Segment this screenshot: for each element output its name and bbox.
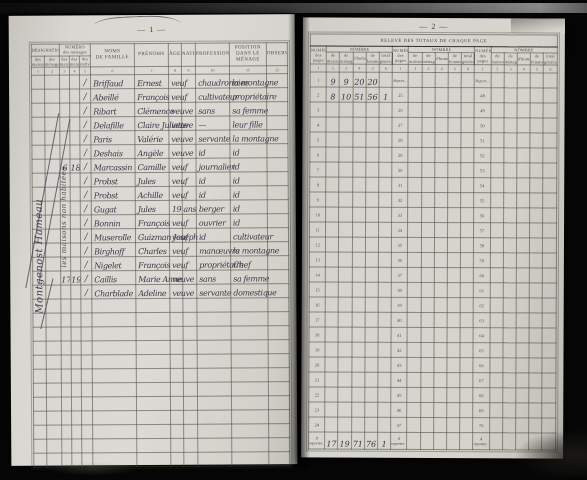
empty-cell [269,452,290,466]
count-cell [421,298,434,313]
column-number: 1 [392,64,408,72]
count-cell [517,118,530,133]
count-cell [325,387,338,402]
count-cell [543,223,557,238]
sub-column-header: d'hommes [517,53,530,65]
profession-cell: servante [197,284,231,298]
count-cell [503,313,516,328]
recap-row: 163962 [309,297,556,313]
age-cell: veuf [169,75,182,89]
count-cell [447,358,460,373]
count-cell [448,88,461,103]
empty-cell [136,355,170,369]
designation-maison-cell [32,90,45,104]
numero-menage-cell [71,243,81,257]
empty-cell [183,355,197,369]
count-cell [530,73,543,88]
empty-row [33,354,289,370]
count-cell [352,147,365,162]
age-cell: veuve [169,117,182,131]
count-cell [434,238,447,253]
count-cell [365,357,378,372]
firstname-cell: Guizman Joseph [135,229,169,243]
count-cell [326,207,339,222]
count-cell [460,283,473,298]
count-cell [517,208,530,223]
empty-cell [231,298,268,312]
column-number: 3 [504,65,517,73]
empty-cell [137,439,171,453]
count-cell [352,267,365,282]
count-cell [326,132,339,147]
count-cell [420,418,433,433]
count-cell [365,177,378,192]
empty-cell [93,439,137,453]
page-number-cell: 25 [392,87,408,102]
empty-cell [71,383,81,397]
surname-cell: Briffaud [91,75,135,89]
empty-cell [81,341,92,355]
count-cell [434,373,447,388]
empty-cell [232,410,269,424]
page-number-cell: Report… [474,73,490,88]
age-cell: veuve [169,103,182,117]
numero-menage-cell [70,89,80,103]
empty-cell [184,453,198,467]
empty-cell [33,398,46,412]
page-number-cell: 66 [473,358,489,373]
empty-cell [61,397,71,411]
count-cell [517,148,530,163]
page-number-cell: 60 [474,268,490,283]
empty-cell [170,355,183,369]
count-cell [530,238,543,253]
count-cell [379,132,392,147]
count-cell [517,178,530,193]
count-cell [542,373,556,388]
count-cell [352,192,365,207]
empty-cell [198,438,232,452]
firstname-cell: Adeline [136,285,170,299]
binding-gutter [288,14,310,466]
empty-cell [197,396,231,410]
numero-menage-cell [69,75,79,89]
count-cell [543,208,557,223]
count-cell [325,372,338,387]
surname-cell: Delafille [91,117,135,131]
firstname-cell: Jules [135,173,169,187]
empty-cell [61,341,71,355]
empty-cell [137,425,171,439]
page-number-cell: 15 [309,282,325,297]
count-cell [352,207,365,222]
count-cell [339,177,352,192]
page-number-cell: 35 [392,237,408,252]
count-cell [530,208,543,223]
empty-cell [171,411,184,425]
count-cell [529,268,542,283]
column-number: 2 [44,68,59,76]
position-cell: la montagne [230,74,267,88]
empty-cell [46,383,61,397]
ditto-tick-cell: ∕ [81,285,92,299]
count-cell [447,328,460,343]
count-cell [447,253,460,268]
empty-cell [46,300,61,314]
empty-cell [81,397,92,411]
carry-forward-total-cell: 19 [338,432,351,449]
firstname-cell: Jules [135,201,169,215]
sub-column-header: des maisons [59,56,69,68]
empty-cell [268,312,289,326]
count-cell [326,267,339,282]
sub-column-header: total général [461,53,474,65]
count-cell [517,133,530,148]
count-cell [516,298,529,313]
count-cell [339,102,352,117]
count-cell [448,133,461,148]
count-cell [490,268,503,283]
count-cell [379,177,392,192]
empty-cell [184,439,198,453]
empty-cell [170,383,183,397]
count-cell [434,178,447,193]
count-cell [408,312,421,327]
empty-cell [197,368,231,382]
column-number: 6 [461,65,474,73]
column-number: 4 [517,65,530,73]
page-number-cell: 50 [474,118,490,133]
count-cell [434,358,447,373]
count-cell [461,148,474,163]
count-cell [529,358,542,373]
count-cell [351,372,364,387]
count-cell [338,417,351,432]
page-number-cell: 46 [391,402,407,417]
count-cell [461,163,474,178]
count-cell [503,193,516,208]
count-cell [407,402,420,417]
page-number-cell: 57 [474,223,490,238]
count-cell [421,238,434,253]
page-number-cell: 26 [392,102,408,117]
page-number-cell: 39 [391,297,407,312]
empty-cell [72,411,82,425]
count-cell [447,223,460,238]
carry-forward-label: À reporter… [473,433,489,450]
profession-cell: journalier [196,158,230,172]
empty-cell [33,328,46,342]
count-cell [461,253,474,268]
numero-menage-cell: 19 [71,271,81,285]
count-cell [351,402,364,417]
count-cell [435,118,448,133]
empty-cell [81,355,92,369]
position-cell: id [230,172,267,186]
designation-menage-cell [46,244,61,258]
count-cell [434,388,447,403]
count-cell [352,237,365,252]
count-cell [407,327,420,342]
count-cell [420,388,433,403]
count-cell [434,283,447,298]
numero-maison-cell [60,89,70,103]
empty-cell [92,299,136,313]
empty-cell [47,439,62,453]
column-number: 2 [326,64,339,72]
numero-maison-cell [61,285,71,299]
numero-menage-cell [70,117,80,131]
count-cell [460,298,473,313]
column-header: OBSERVATIONS [266,43,287,67]
count-cell [434,253,447,268]
empty-cell [46,314,61,328]
ditto-tick-cell: ∕ [80,131,91,145]
page-number-cell: 24 [309,417,325,432]
count-cell: 9 [340,72,353,87]
empty-cell [268,340,289,354]
count-cell [516,358,529,373]
column-number: 5 [366,64,379,72]
empty-cell [136,327,170,341]
count-cell [517,193,530,208]
count-cell [364,417,377,432]
page-number-cell: 45 [391,387,407,402]
observations-cell [267,158,288,172]
count-cell [529,388,542,403]
numero-menage-cell [70,103,80,117]
recap-row: 42750 [310,117,557,133]
count-cell [325,327,338,342]
count-cell [516,253,529,268]
empty-cell [197,340,231,354]
column-header: PRÉNOMS [134,43,168,67]
page-number-cell: 8 [310,177,326,192]
carry-forward-total-cell: 17 [325,432,338,449]
empty-cell [34,454,47,468]
page-number-cell: 62 [474,298,490,313]
ditto-tick-cell: ∕ [80,201,91,215]
page-number-cell: 27 [392,117,408,132]
census-entry-row: ∕GugatJules19 ansbergerid [32,200,288,216]
recap-row: 174063 [309,312,556,328]
count-cell [516,343,529,358]
page-number-cell: 17 [309,312,325,327]
surname-cell: Bonnin [91,215,135,229]
page-number-cell: 49 [474,103,490,118]
page-number-cell: 37 [391,267,407,282]
count-cell [516,223,529,238]
sub-column-header: de maisons [326,52,339,64]
count-cell [338,402,351,417]
count-cell [433,418,446,433]
count-cell [503,223,516,238]
empty-cell [61,355,71,369]
count-cell [491,73,504,88]
ditto-tick-cell: ∕ [80,89,91,103]
count-cell [529,373,542,388]
count-cell [420,373,433,388]
carry-forward-total-cell [420,433,433,450]
firstname-cell: François [135,89,169,103]
left-page-number: — 1 — [9,24,295,35]
column-number: 6 [544,65,558,73]
numero-maison-cell [59,75,69,89]
designation-menage-cell [45,216,60,230]
count-cell [407,417,420,432]
count-cell [543,298,557,313]
count-cell [543,268,557,283]
count-cell [366,132,379,147]
count-cell [408,192,421,207]
numero-menage-cell [70,215,80,229]
count-cell [516,373,529,388]
count-cell [339,132,352,147]
empty-cell [184,425,198,439]
profession-cell: servante [196,130,230,144]
count-cell [378,267,391,282]
age-cell: veuve [169,131,182,145]
count-cell [378,357,391,372]
count-cell [502,418,515,433]
empty-cell [231,312,268,326]
count-cell [530,118,543,133]
count-cell [448,163,461,178]
count-cell [407,372,420,387]
count-cell [530,223,543,238]
count-cell [460,388,473,403]
page-number-cell: 44 [391,372,407,387]
column-number: 3 [422,65,435,73]
count-cell [529,328,542,343]
count-cell [516,268,529,283]
page-number-cell: 40 [391,312,407,327]
firstname-cell: Angèle [135,145,169,159]
page-number-cell: 59 [474,253,490,268]
empty-cell [71,313,81,327]
page-number-cell: 67 [473,373,489,388]
profession-cell: id [196,172,230,186]
count-cell [339,252,352,267]
profession-cell: propriétaire [197,256,231,270]
count-cell [325,312,338,327]
empty-cell [268,354,289,368]
count-cell [460,373,473,388]
count-cell [378,387,391,402]
designation-menage-cell [46,258,61,272]
empty-cell [61,383,71,397]
count-cell [338,372,351,387]
column-header: PROFESSIONS [195,43,229,67]
census-entry-row: ∕BonninFrançoisveufouvrierid [32,214,288,230]
count-cell [529,403,542,418]
empty-cell [34,426,47,440]
count-cell [325,297,338,312]
count-cell [447,298,460,313]
position-cell: sa femme [231,270,268,284]
count-cell [503,328,516,343]
sub-column-header: de femmes [448,53,461,65]
count-cell [365,342,378,357]
count-cell [461,118,474,133]
count-cell [542,358,556,373]
column-number: 3 [340,64,353,72]
column-number: 3 [59,67,69,75]
empty-cell [232,424,269,438]
count-cell [504,133,517,148]
count-cell [490,328,503,343]
count-cell [408,132,421,147]
count-cell [379,207,392,222]
recap-row: 133659 [309,252,556,268]
empty-cell [231,368,268,382]
page-number-cell: 5 [310,132,326,147]
empty-cell [183,369,197,383]
count-cell [543,193,557,208]
empty-cell [81,369,92,383]
corner-stain [516,430,587,476]
empty-cell [71,299,81,313]
count-cell [490,223,503,238]
empty-cell [197,354,231,368]
count-cell [503,373,516,388]
count-cell [490,238,503,253]
numero-maison-cell [61,257,71,271]
count-cell [379,72,392,87]
ditto-tick-cell: ∕ [80,215,91,229]
count-cell [490,193,503,208]
empty-cell [136,341,170,355]
carry-forward-total-cell [433,433,446,450]
sub-column-header: des maisons [31,56,44,68]
count-cell [378,312,391,327]
count-cell [434,343,447,358]
designation-group-header: DÉSIGNATION [31,44,59,56]
empty-cell [34,440,47,454]
ditto-tick-cell: ∕ [80,117,91,131]
surname-cell: Muserolle [91,229,135,243]
count-cell [434,223,447,238]
count-cell [339,117,352,132]
page-number-cell: 36 [392,252,408,267]
count-cell [339,237,352,252]
profession-cell: id [196,144,230,158]
empty-cell [33,384,46,398]
observations-cell [267,186,288,200]
surname-cell: Probst [91,187,135,201]
recap-row: 224568 [309,387,556,403]
empty-cell [71,341,81,355]
empty-row [34,410,290,426]
recap-row: 62952 [310,147,557,163]
designation-maison-cell [32,160,45,174]
nominal-list-table: DÉSIGNATIONNUMÉRO des ménagesNOMS DE FAM… [31,42,291,468]
count-cell [489,358,502,373]
empty-cell [137,453,171,467]
count-cell [365,192,378,207]
page-number-cell: 10 [310,207,326,222]
count-cell [543,283,557,298]
numero-maison-cell [60,201,70,215]
count-cell [378,372,391,387]
empty-cell [46,397,61,411]
count-cell [339,207,352,222]
empty-row [33,382,289,398]
count-cell [490,313,503,328]
recap-row: 73053 [310,162,557,178]
empty-cell [268,382,289,396]
count-cell [421,178,434,193]
